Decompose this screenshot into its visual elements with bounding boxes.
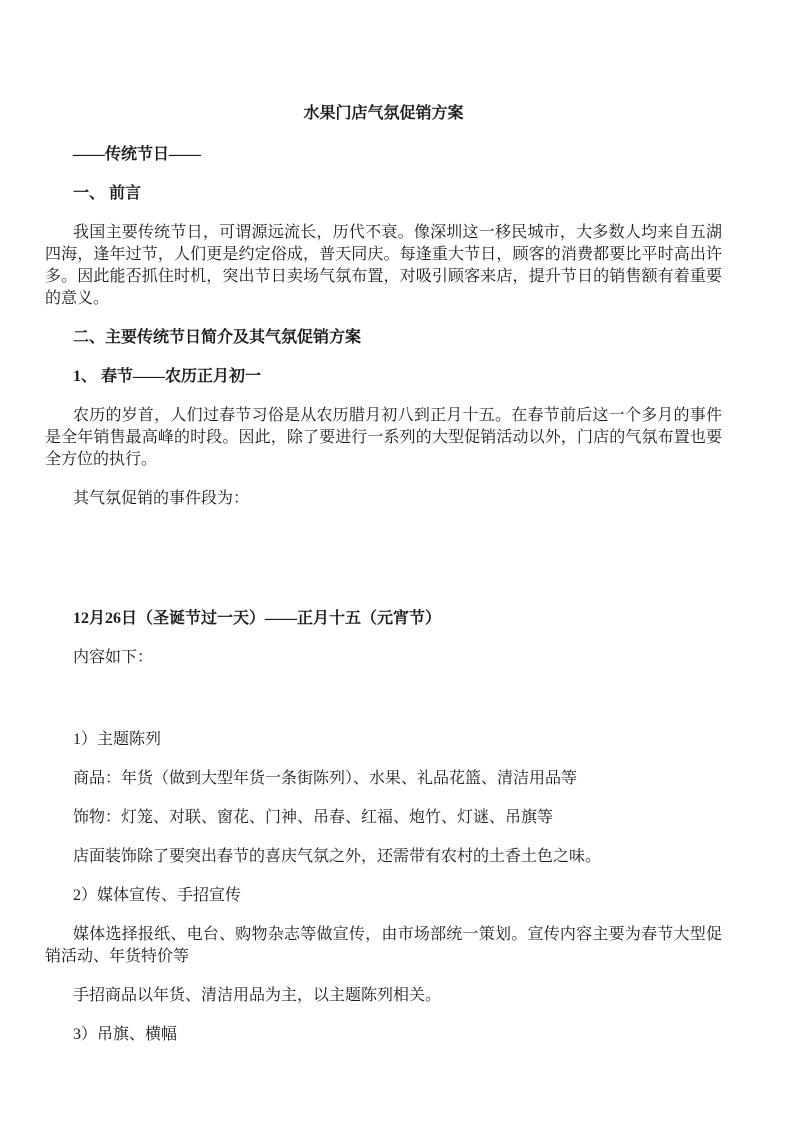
doc-tagline: ——传统节日——	[45, 144, 722, 166]
content-label: 内容如下：	[45, 647, 722, 669]
banner-section-heading: 3）吊旗、横幅	[45, 1024, 722, 1046]
promo-period: 12月26日（圣诞节过一天）——正月十五（元宵节）	[45, 608, 722, 630]
doc-title: 水果门店气氛促销方案	[45, 103, 722, 125]
preface-heading: 一、 前言	[45, 183, 722, 205]
festivals-heading: 二、主要传统节日简介及其气氛促销方案	[45, 327, 722, 349]
media-section-heading: 2）媒体宣传、手招宣传	[45, 885, 722, 907]
promo-period-label: 其气氛促销的事件段为：	[45, 488, 722, 510]
media-plan: 媒体选择报纸、电台、购物杂志等做宣传，由市场部统一策划。宣传内容主要为春节大型促…	[45, 924, 722, 968]
display-decorations-line: 饰物：灯笼、对联、窗花、门神、吊春、红福、炮竹、灯谜、吊旗等	[45, 807, 722, 829]
display-section-heading: 1）主题陈列	[45, 729, 722, 751]
spring-festival-heading: 1、 春节——农历正月初一	[45, 366, 722, 388]
display-note: 店面装饰除了要突出春节的喜庆气氛之外，还需带有农村的土香土色之味。	[45, 846, 722, 868]
flyer-plan: 手招商品以年货、清洁用品为主，以主题陈列相关。	[45, 985, 722, 1007]
document-page: 水果门店气氛促销方案 ——传统节日—— 一、 前言 我国主要传统节日，可谓源远流…	[0, 0, 794, 1123]
spring-festival-intro: 农历的岁首，人们过春节习俗是从农历腊月初八到正月十五。在春节前后这一个多月的事件…	[45, 405, 722, 471]
display-products-line: 商品：年货（做到大型年货一条街陈列）、水果、礼品花篮、清洁用品等	[45, 768, 722, 790]
preface-body: 我国主要传统节日，可谓源远流长，历代不衰。像深圳这一移民城市，大多数人均来自五湖…	[45, 222, 722, 310]
blank-gap-1	[45, 527, 722, 608]
blank-gap-2	[45, 686, 722, 729]
